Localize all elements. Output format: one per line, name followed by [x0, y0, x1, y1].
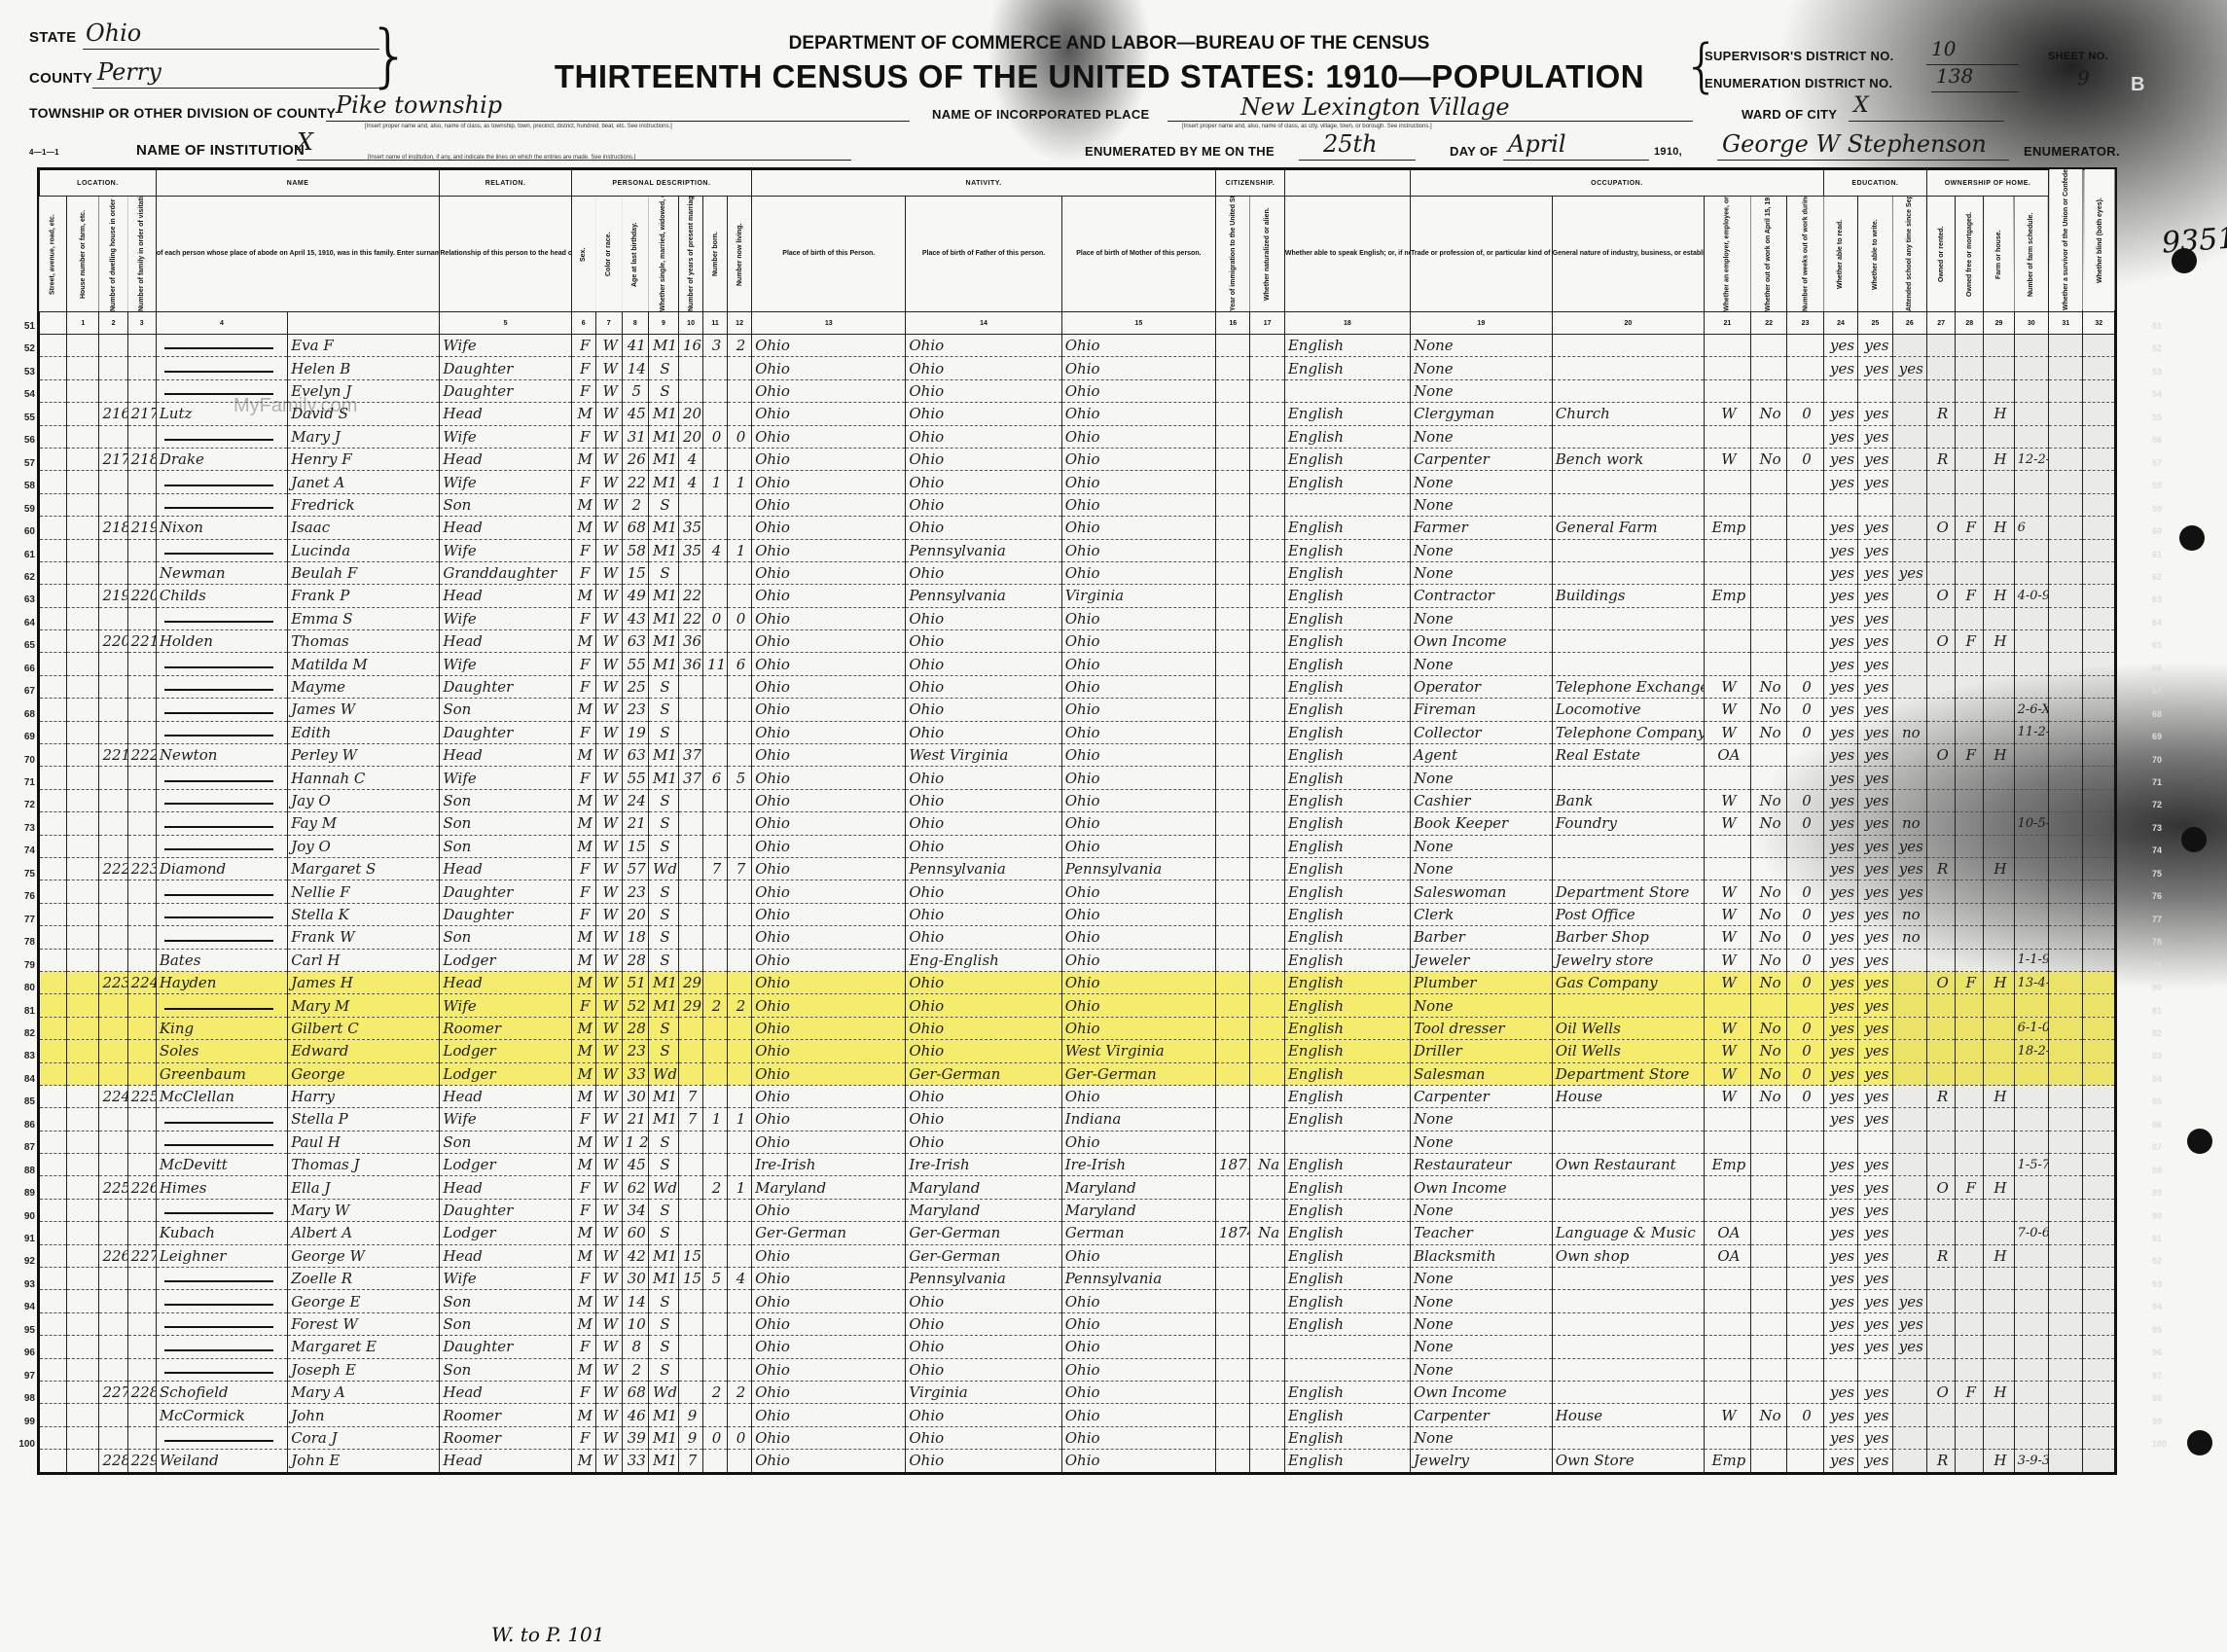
cell-trade: Carpenter	[1410, 448, 1552, 470]
cell-own: O	[1927, 1176, 1956, 1199]
cell-school: yes	[1892, 835, 1926, 857]
cell-relation: Head	[440, 1085, 571, 1107]
cell-living	[728, 585, 752, 607]
cell-family	[127, 539, 156, 561]
cell-write: yes	[1858, 1017, 1892, 1039]
column-number: 30	[2014, 312, 2048, 335]
cell-sex: F	[571, 1381, 595, 1403]
cell-read: yes	[1823, 1176, 1857, 1199]
cell-read: yes	[1823, 1108, 1857, 1131]
cell-emp: OA	[1704, 744, 1750, 767]
cell-marital: S	[648, 1312, 678, 1335]
cell-fh	[1984, 880, 2014, 903]
cell-given: Henry F	[288, 448, 440, 470]
cell-years	[679, 812, 703, 835]
cell-sex: M	[571, 835, 595, 857]
cell-school: no	[1892, 812, 1926, 835]
cell-bp: Ohio	[752, 1312, 906, 1335]
cell-race: W	[595, 653, 622, 675]
cell-free	[1956, 699, 1984, 721]
cell-bp: Ohio	[752, 379, 906, 402]
cell-dwelling	[99, 880, 127, 903]
cell-free	[1956, 539, 1984, 561]
cell-read: yes	[1823, 1154, 1857, 1176]
cell-dwelling	[99, 561, 127, 584]
day-line	[1299, 160, 1416, 161]
cell-age: 2	[622, 493, 648, 516]
cell-street	[39, 812, 67, 835]
cell-trade: None	[1410, 1268, 1552, 1290]
cell-bm: Ohio	[1061, 539, 1215, 561]
cell-surname: Newman	[156, 561, 287, 584]
cell-bm: Ohio	[1061, 425, 1215, 448]
cell-own: R	[1927, 1244, 1956, 1267]
cell-bm: Ohio	[1061, 721, 1215, 743]
cell-street	[39, 471, 67, 493]
cell-race: W	[595, 1085, 622, 1107]
cell-race: W	[595, 403, 622, 425]
cell-trade: None	[1410, 767, 1552, 789]
cell-race: W	[595, 699, 622, 721]
cell-sched	[2014, 357, 2048, 379]
cell-free	[1956, 994, 1984, 1017]
cell-imm	[1216, 403, 1250, 425]
line-number: 81	[12, 1006, 35, 1017]
cell-trade: Barber	[1410, 926, 1552, 949]
cell-bf: Maryland	[906, 1199, 1061, 1221]
cell-bp: Ohio	[752, 1131, 906, 1153]
cell-bf: Ohio	[906, 561, 1061, 584]
cell-family	[127, 812, 156, 835]
cell-emp	[1704, 630, 1750, 653]
cell-out: No	[1750, 1040, 1786, 1062]
cell-write: yes	[1858, 1176, 1892, 1199]
cell-bp: Ohio	[752, 653, 906, 675]
cell-race: W	[595, 1426, 622, 1449]
cell-street	[39, 585, 67, 607]
cell-bp: Ohio	[752, 1336, 906, 1358]
cell-years	[679, 1040, 703, 1062]
cell-blind	[2083, 857, 2116, 880]
cell-marital: M1	[648, 1450, 678, 1473]
cell-imm	[1216, 471, 1250, 493]
cell-trade: Own Income	[1410, 630, 1552, 653]
cell-surname: Nixon	[156, 517, 287, 539]
enumerator-line	[1717, 160, 2009, 161]
cell-school	[1892, 1017, 1926, 1039]
cell-race: W	[595, 1450, 622, 1473]
cell-read: yes	[1823, 335, 1857, 357]
cell-bf: Ohio	[906, 1108, 1061, 1131]
cell-dwelling: 217	[99, 448, 127, 470]
cell-imm	[1216, 880, 1250, 903]
census-title: THIRTEENTH CENSUS OF THE UNITED STATES: …	[545, 58, 1654, 95]
cell-write: yes	[1858, 335, 1892, 357]
cell-sched	[2014, 1336, 2048, 1358]
cell-out	[1750, 517, 1786, 539]
line-number-right: 78	[2152, 937, 2175, 947]
cell-surname	[156, 789, 287, 811]
cell-blind	[2083, 880, 2116, 903]
line-number-right: 53	[2152, 367, 2175, 377]
cell-dwelling	[99, 699, 127, 721]
county-label: County	[29, 70, 92, 87]
line-number: 95	[12, 1325, 35, 1336]
line-number: 91	[12, 1234, 35, 1244]
cell-age: 63	[622, 744, 648, 767]
cell-imm	[1216, 1290, 1250, 1312]
census-row: McCormickJohnRoomerMW46M19OhioOhioOhioEn…	[39, 1404, 2116, 1426]
cell-out	[1750, 471, 1786, 493]
cell-age: 23	[622, 699, 648, 721]
cell-years	[679, 1062, 703, 1085]
cell-write: yes	[1858, 403, 1892, 425]
cell-weeks: 0	[1787, 403, 1824, 425]
cell-write: yes	[1858, 1244, 1892, 1267]
cell-age: 25	[622, 675, 648, 698]
cell-school	[1892, 1154, 1926, 1176]
cell-born	[703, 812, 728, 835]
cell-emp: Emp	[1704, 585, 1750, 607]
col-relation: Relationship of this person to the head …	[440, 197, 571, 312]
cell-living: 7	[728, 857, 752, 880]
cell-house	[67, 1108, 99, 1131]
cell-street	[39, 1131, 67, 1153]
cell-bf: Ohio	[906, 1426, 1061, 1449]
census-row: Eva FWifeFW41M11632OhioOhioOhioEnglishNo…	[39, 335, 2116, 357]
cell-imm	[1216, 1268, 1250, 1290]
cell-born	[703, 675, 728, 698]
cell-age: 24	[622, 789, 648, 811]
cell-age: 41	[622, 335, 648, 357]
cell-emp: Emp	[1704, 1154, 1750, 1176]
cell-marital: M1	[648, 539, 678, 561]
cell-relation: Wife	[440, 653, 571, 675]
cell-cw	[2049, 1085, 2083, 1107]
line-number: 53	[12, 367, 35, 377]
cell-years: 9	[679, 1426, 703, 1449]
cell-imm	[1216, 653, 1250, 675]
line-number: 80	[12, 983, 35, 993]
line-number-right: 84	[2152, 1074, 2175, 1084]
cell-family	[127, 561, 156, 584]
line-number: 100	[12, 1439, 35, 1450]
census-table: LOCATION. NAME RELATION. PERSONAL DESCRI…	[37, 167, 2117, 1475]
cell-lang: English	[1284, 1244, 1410, 1267]
cell-own	[1927, 379, 1956, 402]
cell-trade: None	[1410, 1426, 1552, 1449]
cell-out	[1750, 857, 1786, 880]
cell-school	[1892, 1131, 1926, 1153]
cell-house	[67, 403, 99, 425]
cell-bp: Ohio	[752, 335, 906, 357]
cell-years	[679, 1017, 703, 1039]
cell-family	[127, 653, 156, 675]
cell-blind	[2083, 1199, 2116, 1221]
cell-given: David S	[288, 403, 440, 425]
cell-out	[1750, 630, 1786, 653]
cell-lang	[1284, 1131, 1410, 1153]
cell-blind	[2083, 1131, 2116, 1153]
cell-age: 43	[622, 607, 648, 629]
cell-trade: None	[1410, 357, 1552, 379]
cell-living	[728, 1358, 752, 1381]
cell-street	[39, 403, 67, 425]
cell-fh	[1984, 926, 2014, 949]
cell-blind	[2083, 1154, 2116, 1176]
cell-imm	[1216, 1244, 1250, 1267]
ward-value: X	[1853, 93, 1869, 118]
cell-sex: F	[571, 903, 595, 925]
cell-industry	[1552, 561, 1704, 584]
cell-bm: Ohio	[1061, 630, 1215, 653]
cell-read: yes	[1823, 1426, 1857, 1449]
cell-cw	[2049, 857, 2083, 880]
cell-years: 29	[679, 971, 703, 993]
cell-race: W	[595, 1244, 622, 1267]
cell-industry	[1552, 835, 1704, 857]
cell-bp: Ohio	[752, 926, 906, 949]
cell-emp	[1704, 1108, 1750, 1131]
cell-marital: M1	[648, 653, 678, 675]
cell-relation: Daughter	[440, 1336, 571, 1358]
cell-free	[1956, 789, 1984, 811]
year-label: 1910,	[1654, 146, 1682, 158]
cell-lang: English	[1284, 1085, 1410, 1107]
cell-bf: Ohio	[906, 335, 1061, 357]
cell-blind	[2083, 1450, 2116, 1473]
cell-marital: S	[648, 379, 678, 402]
cell-street	[39, 1336, 67, 1358]
cell-cw	[2049, 675, 2083, 698]
cell-living	[728, 1154, 752, 1176]
cell-living	[728, 789, 752, 811]
cell-write: yes	[1858, 1426, 1892, 1449]
cell-dwelling: 228	[99, 1450, 127, 1473]
line-number-right: 93	[2152, 1279, 2175, 1289]
cell-cw	[2049, 379, 2083, 402]
cell-emp	[1704, 1199, 1750, 1221]
cell-race: W	[595, 1131, 622, 1153]
cell-bp: Ohio	[752, 699, 906, 721]
cell-years	[679, 1222, 703, 1244]
line-number-right: 94	[2152, 1302, 2175, 1311]
cell-born	[703, 1450, 728, 1473]
cell-sex: F	[571, 539, 595, 561]
cell-imm	[1216, 1450, 1250, 1473]
cell-weeks: 0	[1787, 903, 1824, 925]
census-row: Zoelle RWifeFW30M11554OhioPennsylvaniaPe…	[39, 1268, 2116, 1290]
enumeration-line	[1931, 91, 2019, 92]
cell-born	[703, 1131, 728, 1153]
census-row: Joseph ESonMW2SOhioOhioOhioNone	[39, 1358, 2116, 1381]
cell-write: yes	[1858, 994, 1892, 1017]
cell-lang: English	[1284, 1154, 1410, 1176]
cell-born: 0	[703, 1426, 728, 1449]
cell-school: no	[1892, 721, 1926, 743]
cell-write: yes	[1858, 471, 1892, 493]
cell-school: yes	[1892, 561, 1926, 584]
cell-school	[1892, 630, 1926, 653]
cell-lang: English	[1284, 857, 1410, 880]
cell-cw	[2049, 994, 2083, 1017]
cell-free	[1956, 448, 1984, 470]
cell-house	[67, 561, 99, 584]
cell-bm: Ohio	[1061, 607, 1215, 629]
cell-weeks: 0	[1787, 448, 1824, 470]
cell-race: W	[595, 880, 622, 903]
cell-weeks	[1787, 335, 1824, 357]
cell-street	[39, 1154, 67, 1176]
incorporated-label: Name of incorporated place	[932, 107, 1150, 122]
cell-born	[703, 1222, 728, 1244]
group-relation: RELATION.	[440, 169, 571, 197]
cell-imm	[1216, 1017, 1250, 1039]
cell-sched: 6-1-0-9	[2014, 1017, 2048, 1039]
cell-living: 2	[728, 994, 752, 1017]
cell-lang: English	[1284, 1062, 1410, 1085]
cell-free	[1956, 1085, 1984, 1107]
cell-age: 68	[622, 517, 648, 539]
cell-weeks	[1787, 835, 1824, 857]
cell-sched	[2014, 744, 2048, 767]
cell-surname	[156, 812, 287, 835]
cell-marital: S	[648, 721, 678, 743]
cell-own	[1927, 1358, 1956, 1381]
cell-industry: Department Store	[1552, 1062, 1704, 1085]
cell-years	[679, 857, 703, 880]
cell-marital: S	[648, 1154, 678, 1176]
census-row: GreenbaumGeorgeLodgerMW33WdOhioGer-Germa…	[39, 1062, 2116, 1085]
cell-cw	[2049, 903, 2083, 925]
cell-lang: English	[1284, 675, 1410, 698]
cell-house	[67, 1290, 99, 1312]
cell-weeks	[1787, 585, 1824, 607]
cell-write	[1858, 379, 1892, 402]
cell-dwelling	[99, 1062, 127, 1085]
cell-street	[39, 971, 67, 993]
cell-imm	[1216, 971, 1250, 993]
column-number: 13	[752, 312, 906, 335]
cell-free: F	[1956, 744, 1984, 767]
cell-street	[39, 1040, 67, 1062]
cell-trade: Operator	[1410, 675, 1552, 698]
group-language	[1284, 169, 1410, 197]
cell-family	[127, 335, 156, 357]
cell-nat	[1250, 357, 1284, 379]
cell-living	[728, 1062, 752, 1085]
cell-bp: Ohio	[752, 767, 906, 789]
cell-nat	[1250, 471, 1284, 493]
cell-race: W	[595, 335, 622, 357]
cell-street	[39, 903, 67, 925]
cell-bp: Ohio	[752, 425, 906, 448]
cell-street	[39, 994, 67, 1017]
cell-emp: W	[1704, 699, 1750, 721]
cell-born	[703, 1358, 728, 1381]
cell-born: 2	[703, 1176, 728, 1199]
cell-industry: Buildings	[1552, 585, 1704, 607]
cell-family	[127, 880, 156, 903]
cell-years: 15	[679, 1268, 703, 1290]
cell-lang: English	[1284, 653, 1410, 675]
census-row: 222223DiamondMargaret SHeadFW57Wd77OhioP…	[39, 857, 2116, 880]
cell-imm	[1216, 1131, 1250, 1153]
cell-bm: Ohio	[1061, 448, 1215, 470]
cell-living	[728, 675, 752, 698]
cell-read: yes	[1823, 926, 1857, 949]
cell-industry	[1552, 1290, 1704, 1312]
cell-dwelling: 220	[99, 630, 127, 653]
cell-given: Perley W	[288, 744, 440, 767]
cell-sex: M	[571, 448, 595, 470]
cell-imm	[1216, 493, 1250, 516]
cell-out	[1750, 1312, 1786, 1335]
cell-sex: F	[571, 767, 595, 789]
cell-own: O	[1927, 630, 1956, 653]
cell-weeks	[1787, 1450, 1824, 1473]
cell-sex: M	[571, 1017, 595, 1039]
cell-emp	[1704, 335, 1750, 357]
cell-sched: 2-6-X-5	[2014, 699, 2048, 721]
cell-write	[1858, 1358, 1892, 1381]
cell-write: yes	[1858, 767, 1892, 789]
cell-house	[67, 971, 99, 993]
cell-sex: M	[571, 1154, 595, 1176]
column-number: 24	[1823, 312, 1857, 335]
enumerator-name: George W Stephenson	[1722, 130, 1987, 158]
cell-born	[703, 1244, 728, 1267]
cell-read	[1823, 493, 1857, 516]
cell-sex: M	[571, 1062, 595, 1085]
cell-free	[1956, 379, 1984, 402]
cell-school	[1892, 971, 1926, 993]
cell-own: R	[1927, 1450, 1956, 1473]
cell-nat	[1250, 903, 1284, 925]
cell-age: 28	[622, 949, 648, 971]
cell-marital: M1	[648, 517, 678, 539]
cell-emp: W	[1704, 903, 1750, 925]
cell-free	[1956, 1199, 1984, 1221]
cell-read: yes	[1823, 812, 1857, 835]
cell-bm: Ohio	[1061, 493, 1215, 516]
cell-school	[1892, 1358, 1926, 1381]
cell-relation: Son	[440, 812, 571, 835]
cell-house	[67, 448, 99, 470]
cell-out: No	[1750, 926, 1786, 949]
cell-fh	[1984, 767, 2014, 789]
cell-read: yes	[1823, 789, 1857, 811]
cell-sex: M	[571, 1312, 595, 1335]
cell-out: No	[1750, 1404, 1786, 1426]
cell-write: yes	[1858, 1085, 1892, 1107]
cell-marital: M1	[648, 1108, 678, 1131]
group-name: NAME	[156, 169, 440, 197]
cell-school	[1892, 1404, 1926, 1426]
cell-street	[39, 767, 67, 789]
cell-given: George W	[288, 1244, 440, 1267]
cell-blind	[2083, 721, 2116, 743]
cell-living	[728, 1085, 752, 1107]
cell-age: 15	[622, 561, 648, 584]
cell-school	[1892, 403, 1926, 425]
line-number: 92	[12, 1256, 35, 1267]
cell-fh	[1984, 1268, 2014, 1290]
cell-street	[39, 1290, 67, 1312]
cell-years: 20	[679, 403, 703, 425]
cell-lang: English	[1284, 880, 1410, 903]
census-row: Mary JWifeFW31M12000OhioOhioOhioEnglishN…	[39, 425, 2116, 448]
